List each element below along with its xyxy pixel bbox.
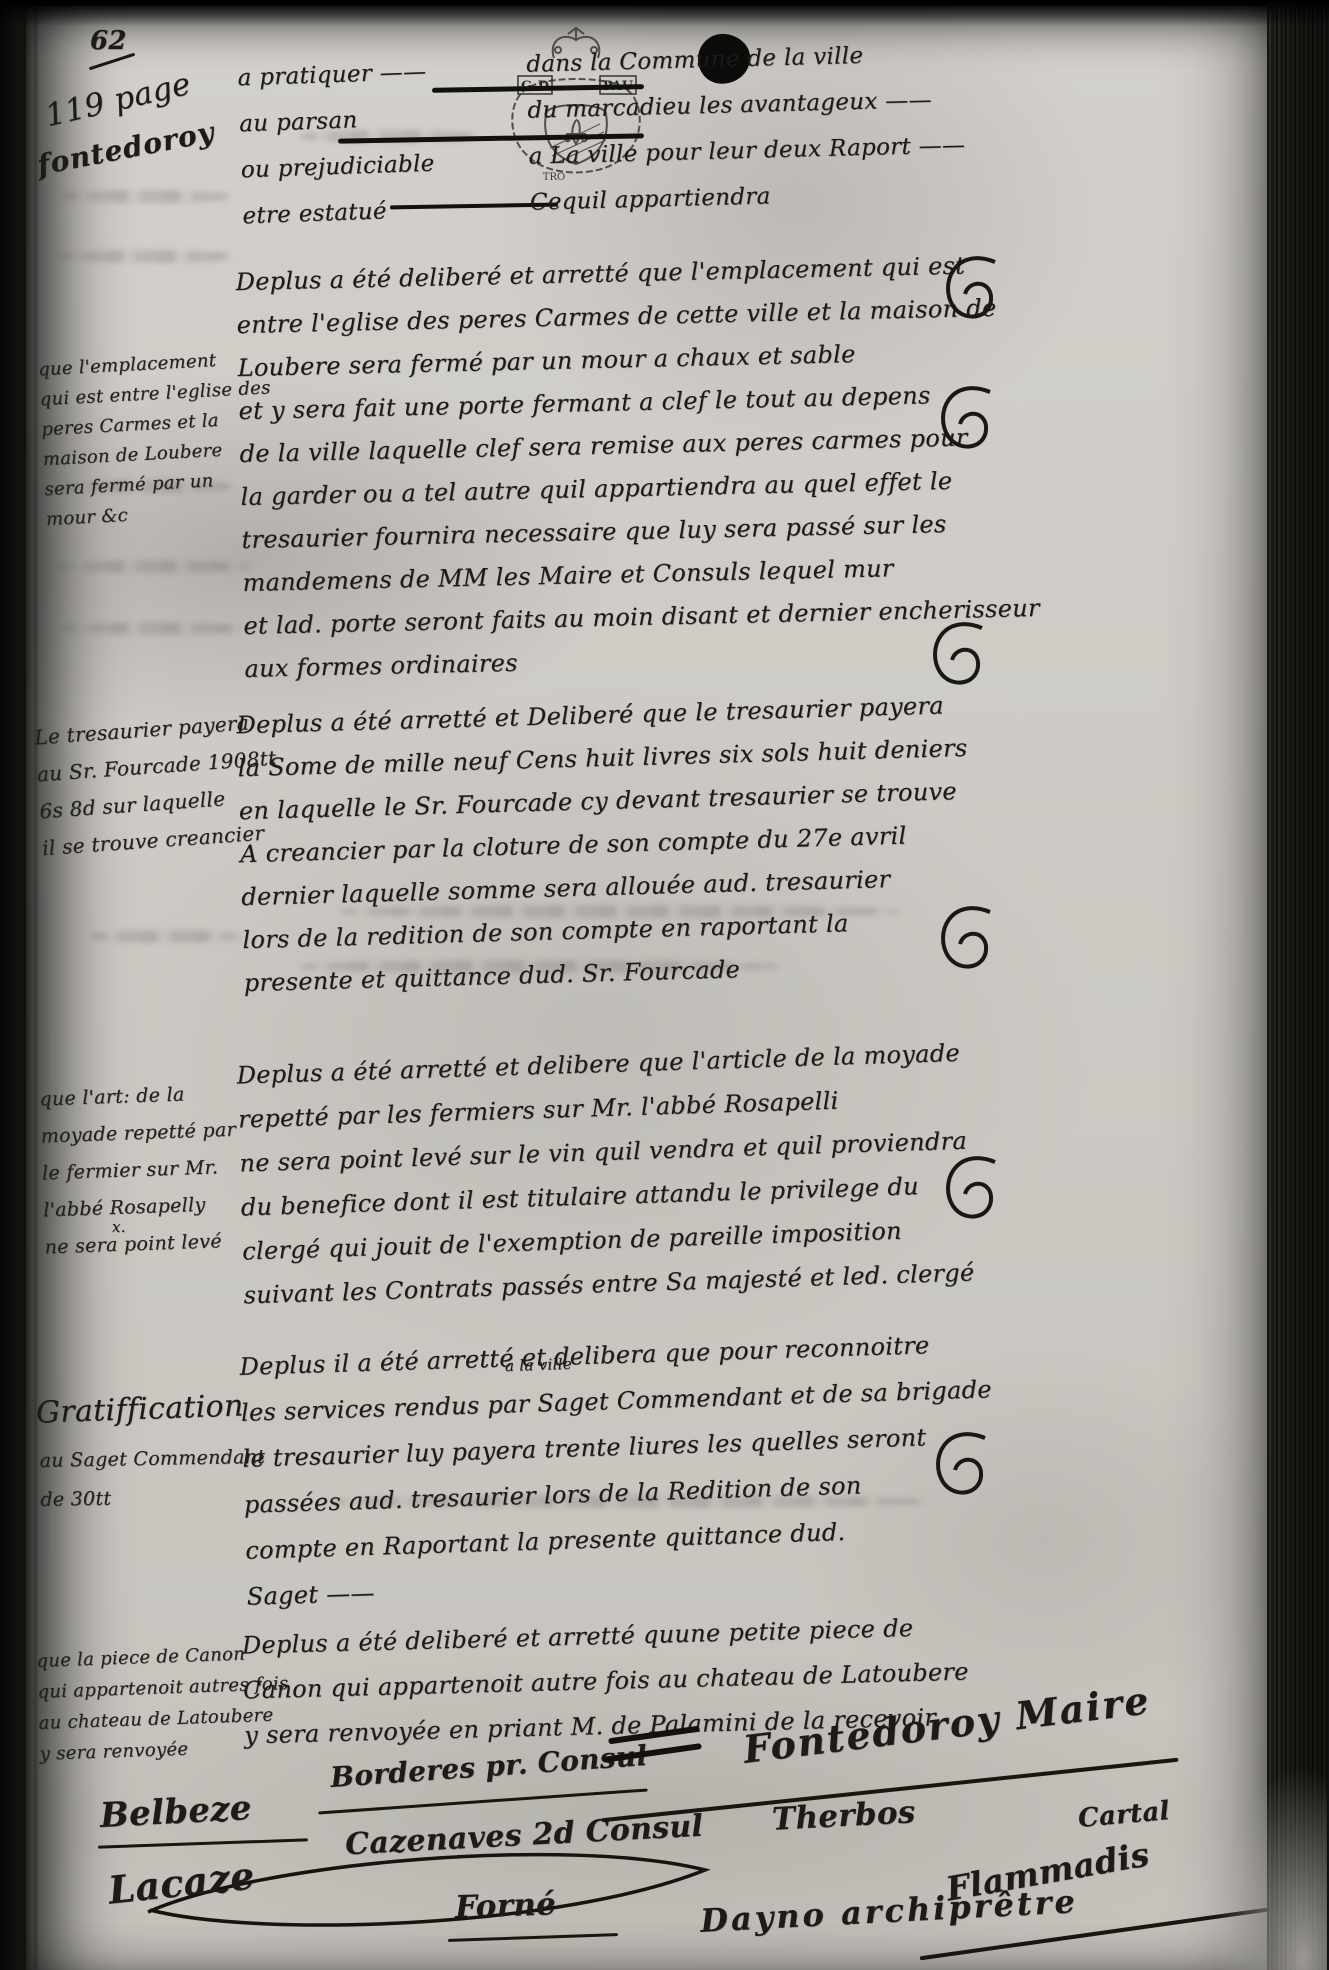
signature-therbos: Therbos bbox=[771, 1794, 916, 1837]
signature-belbeze: Belbeze bbox=[99, 1788, 253, 1836]
ink-flourish-icon bbox=[935, 1152, 1013, 1228]
margin-note-rosapelly: que l'art: de la moyade repetté par le f… bbox=[39, 1075, 245, 1267]
opening-fragment-right: dans la Commune de la ville du marcadieu… bbox=[526, 30, 967, 225]
bleed-through-texture bbox=[56, 560, 251, 573]
margin-note-emplacement: que l'emplacement qui est entre l'eglise… bbox=[37, 345, 246, 535]
ink-flourish-icon bbox=[930, 902, 1008, 978]
book-page-edges bbox=[1267, 0, 1329, 1970]
top-shadow bbox=[0, 0, 1329, 26]
bleed-through-texture bbox=[90, 930, 240, 943]
deliberation-saget: Deplus il a été arretté et delibera que … bbox=[239, 1320, 998, 1619]
margin-note-gratification-title: Gratiffication bbox=[35, 1388, 244, 1430]
margin-note-fourcade: Le tresaurier payera au Sr. Fourcade 190… bbox=[33, 705, 253, 867]
ink-flourish-icon bbox=[922, 618, 1000, 694]
deliberation-rosapelly: Deplus a été arretté et delibere que l'a… bbox=[236, 1031, 975, 1318]
bleed-through-texture bbox=[60, 622, 245, 635]
deliberation-fourcade: Deplus a été arretté et Deliberé que le … bbox=[236, 684, 974, 1005]
signature-forne: Forné bbox=[454, 1886, 556, 1926]
stray-margin-mark: x. bbox=[112, 1218, 126, 1236]
bleed-through-texture bbox=[60, 190, 230, 203]
deliberation-emplacement: Deplus a été deliberé et arretté que l'e… bbox=[235, 243, 1041, 691]
ink-flourish-icon bbox=[935, 252, 1013, 328]
page-crease bbox=[34, 0, 37, 1970]
bleed-through-texture bbox=[55, 250, 235, 263]
margin-note-canon: que la piece de Canon qui appartenoit au… bbox=[36, 1638, 260, 1770]
manuscript-scan: 62 119 page fontedoroy G-D PAU TRO a pra… bbox=[0, 0, 1329, 1970]
page-corner-highlight bbox=[1207, 1750, 1327, 1970]
ink-flourish-icon bbox=[925, 1428, 1003, 1504]
book-gutter bbox=[0, 0, 34, 1970]
ink-flourish-icon bbox=[930, 382, 1008, 458]
page-number: 62 bbox=[90, 26, 127, 56]
margin-note-gratification: au Saget Commendant de 30tt bbox=[39, 1438, 250, 1520]
opening-fragment-left: a pratiquer —— au parsan ou prejudiciabl… bbox=[237, 49, 437, 240]
